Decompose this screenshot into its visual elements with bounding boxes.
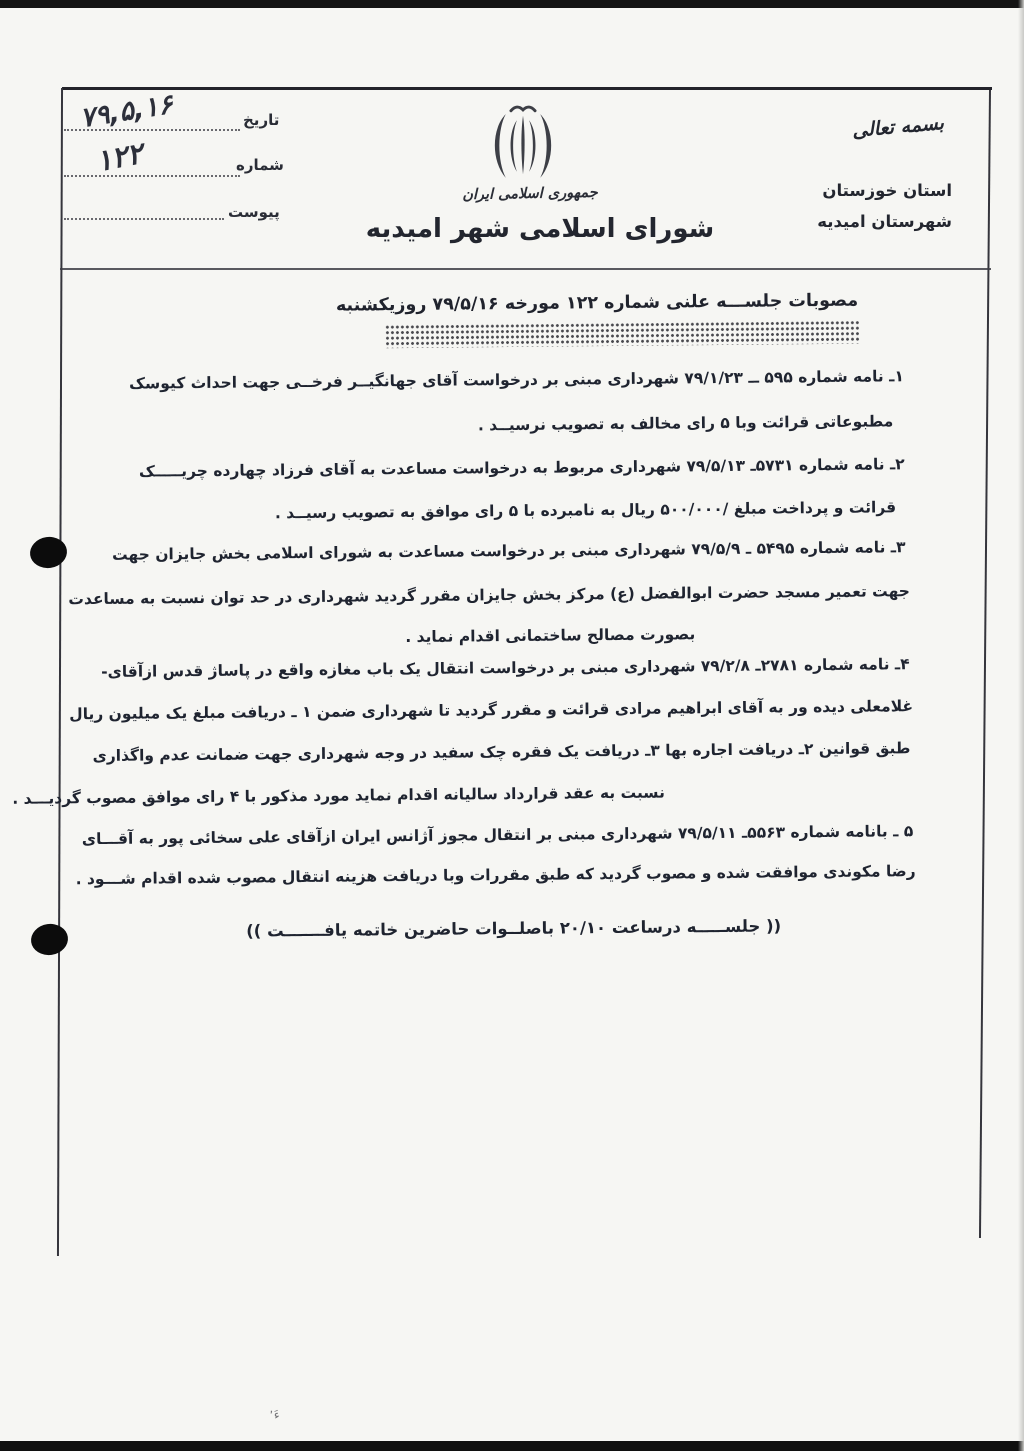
heading-hatched-underline (385, 321, 859, 349)
resolution-2-line-1: ۲ـ نامه شماره ۵۷۳۱ـ ۷۹/۵/۱۳ شهرداری مربو… (139, 455, 905, 480)
resolution-1-line-2: مطبوعاتی قرائت وبا ۵ رای مخالف به تصویب … (478, 412, 893, 434)
session-closing-line: (( جلســـــه درساعت ۲۰/۱۰ باصلــوات حاضر… (246, 916, 781, 940)
resolution-4-line-4: نسبت به عقد قرارداد سالیانه اقدام نماید … (12, 784, 665, 808)
resolution-4-line-2: غلامعلی دیده ور به آقای ابراهیم مرادی قر… (69, 697, 913, 723)
resolution-3-line-1: ۳ـ نامه شماره ۵۴۹۵ ـ ۷۹/۵/۹ شهرداری مبنی… (112, 538, 906, 564)
resolution-5-line-1: ۵ ـ بانامه شماره ۵۵۶۳ـ ۷۹/۵/۱۱ شهرداری م… (82, 822, 914, 848)
resolution-2-line-2: قرائت و پرداخت مبلغ /۵۰۰/۰۰۰ ریال به نام… (275, 498, 896, 522)
resolution-4-line-1: ۴ـ نامه شماره ۲۷۸۱ـ ۷۹/۲/۸ شهرداری مبنی … (101, 655, 910, 681)
resolution-1-line-1: ۱ـ نامه شماره ۵۹۵ ــ ۷۹/۱/۲۳ شهرداری مبن… (129, 367, 904, 392)
resolution-4-line-3: طبق قوانین ۲ـ دریافت اجاره بها ۳ـ دریافت… (93, 739, 911, 765)
resolution-5-line-2: رضا مکوندی موافقت شده و مصوب گردید که طب… (76, 862, 916, 888)
scanned-document-page: تاریخ ۷۹,۵,۱۶ شماره ۱۲۲ پیوست جمهوری اسل… (0, 0, 1024, 1451)
document-body: مصوبات جلســـه علنی شماره ۱۲۲ مورخه ۷۹/۵… (0, 0, 1024, 1451)
resolution-3-line-2: جهت تعمیر مسجد حضرت ابوالفضل (ع) مرکز بخ… (68, 582, 910, 608)
resolution-3-line-3: بصورت مصالح ساختمانی اقدام نماید . (405, 625, 695, 646)
session-heading: مصوبات جلســـه علنی شماره ۱۲۲ مورخه ۷۹/۵… (336, 291, 858, 316)
